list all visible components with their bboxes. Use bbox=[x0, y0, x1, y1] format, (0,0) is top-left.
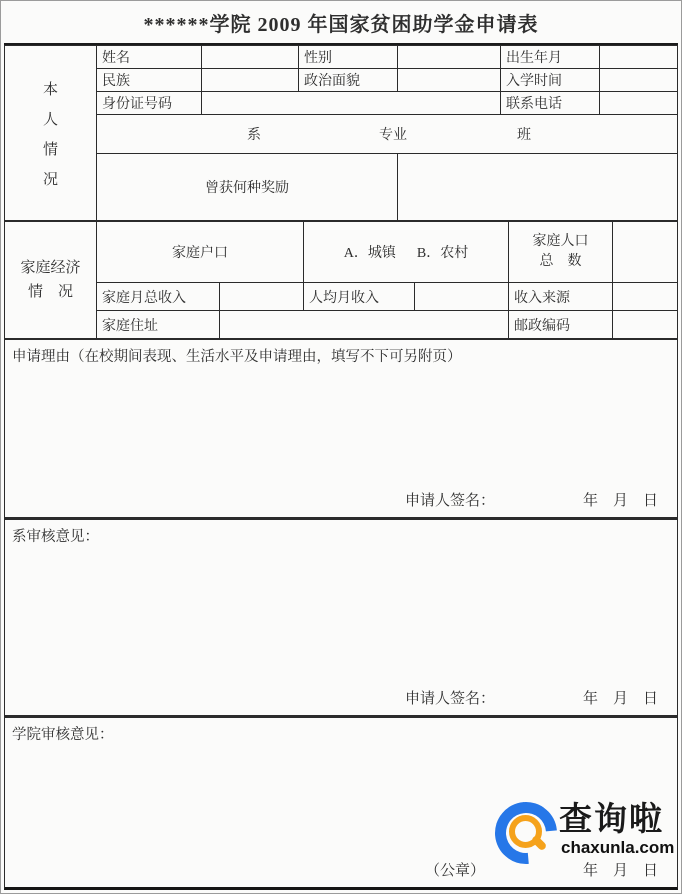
household-options: A．城镇 B．农村 bbox=[304, 222, 508, 282]
enroll-time-field bbox=[600, 69, 677, 91]
political-status-label: 政治面貌 bbox=[299, 69, 397, 91]
family-economic-section: 家庭经济 情 况 家庭户口 A．城镇 B．农村 家庭人口 总 数 家庭月总收入 … bbox=[4, 221, 678, 339]
college-review-label: 学院审核意见： bbox=[12, 723, 114, 744]
dept-major-class-row: 系 专业 班 bbox=[97, 115, 677, 153]
awards-label: 曾获何种奖励 bbox=[97, 154, 397, 220]
date-label: 年 月 日 bbox=[583, 687, 658, 708]
watermark-text: 查询啦 chaxunla.com bbox=[559, 802, 674, 857]
gender-label: 性别 bbox=[299, 46, 397, 68]
per-capita-income-field bbox=[415, 283, 508, 310]
per-capita-income-label: 人均月收入 bbox=[304, 283, 414, 310]
home-address-label: 家庭住址 bbox=[97, 311, 219, 338]
personal-section-header: 本 人 情 况 bbox=[5, 46, 96, 220]
political-status-field bbox=[398, 69, 500, 91]
applicant-signature-label: 申请人签名： bbox=[405, 489, 495, 510]
reason-label: 申请理由（在校期间表现、生活水平及申请理由，填写不下可另附页） bbox=[12, 345, 462, 366]
ethnicity-label: 民族 bbox=[97, 69, 201, 91]
department-label: 系 bbox=[247, 124, 261, 144]
personal-header-char: 人 bbox=[43, 108, 58, 129]
monthly-income-field bbox=[220, 283, 303, 310]
personal-header-char: 况 bbox=[43, 168, 58, 189]
home-address-field bbox=[220, 311, 508, 338]
personal-header-char: 情 bbox=[43, 138, 58, 159]
awards-field bbox=[398, 154, 677, 220]
household-registry-label: 家庭户口 bbox=[97, 222, 303, 282]
personal-info-section: 本 人 情 况 姓名 性别 出生年月 民族 政治面貌 入学时间 身份证号码 联系… bbox=[4, 45, 678, 221]
family-population-label: 家庭人口 总 数 bbox=[509, 222, 612, 282]
family-section-header: 家庭经济 情 况 bbox=[5, 222, 96, 338]
watermark-domain: chaxunla.com bbox=[561, 838, 674, 857]
income-source-label: 收入来源 bbox=[509, 283, 612, 310]
population-label-line: 家庭人口 bbox=[533, 233, 589, 251]
class-label: 班 bbox=[517, 124, 531, 144]
date-label: 年 月 日 bbox=[583, 859, 658, 880]
family-population-field bbox=[613, 222, 677, 282]
form-title: ******学院 2009 年国家贫困助学金申请表 bbox=[4, 2, 678, 45]
id-number-field bbox=[202, 92, 500, 114]
family-header-line: 情 况 bbox=[28, 282, 73, 302]
dept-review-section: 系审核意见： 申请人签名： 年 月 日 bbox=[4, 519, 678, 717]
name-field bbox=[202, 46, 298, 68]
gender-field bbox=[398, 46, 500, 68]
phone-field bbox=[600, 92, 677, 114]
college-review-section: 学院审核意见： 查询啦 chaxunla.com （公章） 年 月 日 bbox=[4, 717, 678, 890]
population-label-line: 总 数 bbox=[540, 253, 582, 271]
date-label: 年 月 日 bbox=[583, 489, 658, 510]
postcode-field bbox=[613, 311, 677, 338]
id-number-label: 身份证号码 bbox=[97, 92, 201, 114]
family-header-line: 家庭经济 bbox=[20, 258, 80, 278]
enroll-time-label: 入学时间 bbox=[501, 69, 599, 91]
personal-header-char: 本 bbox=[43, 78, 58, 99]
income-source-field bbox=[613, 283, 677, 310]
official-seal-label: （公章） bbox=[425, 859, 485, 880]
magnifier-icon bbox=[495, 802, 557, 864]
monthly-income-label: 家庭月总收入 bbox=[97, 283, 219, 310]
application-reason-section: 申请理由（在校期间表现、生活水平及申请理由，填写不下可另附页） 申请人签名： 年… bbox=[4, 339, 678, 519]
birth-date-label: 出生年月 bbox=[501, 46, 599, 68]
ethnicity-field bbox=[202, 69, 298, 91]
postcode-label: 邮政编码 bbox=[509, 311, 612, 338]
major-label: 专业 bbox=[379, 124, 407, 144]
birth-date-field bbox=[600, 46, 677, 68]
watermark-brand: 查询啦 bbox=[559, 802, 674, 838]
applicant-signature-label: 申请人签名： bbox=[405, 687, 495, 708]
phone-label: 联系电话 bbox=[501, 92, 599, 114]
application-form-page: ******学院 2009 年国家贫困助学金申请表 本 人 情 况 姓名 性别 … bbox=[0, 0, 682, 894]
dept-review-label: 系审核意见： bbox=[12, 525, 99, 546]
name-label: 姓名 bbox=[97, 46, 201, 68]
